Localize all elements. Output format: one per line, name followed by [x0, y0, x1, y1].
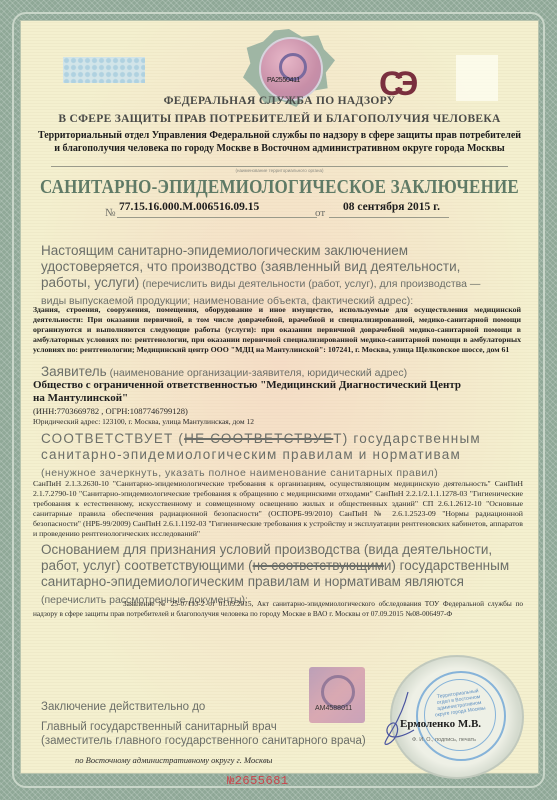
applicant-label-hint: (наименование организации-заявителя, юри… [107, 367, 407, 379]
agency-title-line2: В СФЕРЕ ЗАЩИТЫ ПРАВ ПОТРЕБИТЕЛЕЙ И БЛАГО… [21, 113, 538, 125]
document-title: САНИТАРНО-ЭПИДЕМИОЛОГИЧЕСКОЕ ЗАКЛЮЧЕНИЕ [21, 175, 538, 199]
number-label: № [105, 207, 116, 219]
agency-title-line1: ФЕДЕРАЛЬНАЯ СЛУЖБА ПО НАДЗОРУ [21, 95, 538, 107]
applicant-ids: (ИНН:7703669782 , ОГРН:1087746799128) [33, 406, 188, 416]
territorial-body-caption: (наименование территориального органа) [21, 168, 538, 173]
chief-doctor-deputy: (заместитель главного государственного с… [41, 735, 366, 747]
form-serial-number: №2655681 [227, 774, 289, 788]
complies-text: СООТВЕТСТВУЕТ ( [41, 431, 184, 446]
hologram-emblem-icon: PA2550411 [259, 37, 323, 101]
applicant-label-main: Заявитель [41, 364, 107, 379]
number-underline [117, 217, 317, 218]
valid-until-label: Заключение действительно до [41, 701, 205, 713]
applicant-legal-address: Юридический адрес: 123100, г. Москва, ул… [33, 417, 254, 427]
signature-caption: Ф. И. О., подпись, печать [412, 737, 476, 743]
basis-struck: не соответствующим [253, 558, 384, 573]
signer-name: Ермоленко М.В. [400, 718, 481, 730]
activity-description: Здания, строения, сооружения, помещения,… [33, 305, 521, 355]
compliance-statement: СООТВЕТСТВУЕТ (НЕ СООТВЕТСТВУЕТ) государ… [41, 431, 513, 481]
applicant-name: Общество с ограниченной ответственностью… [33, 379, 473, 405]
document-date: 08 сентября 2015 г. [343, 201, 440, 213]
hologram-bottom-serial: AM4588011 [315, 705, 352, 712]
district-line: по Восточному административному округу г… [75, 755, 272, 765]
territorial-body-line1: Территориальный отдел Управления Федерал… [31, 129, 528, 142]
basis-documents: Заявление № 25-07113-2 от 01.09.2015, Ак… [33, 599, 523, 619]
date-label: от [315, 207, 325, 219]
hologram-bottom: AM4588011 [309, 667, 365, 723]
certifies-intro: Настоящим санитарно-эпидемиологическим з… [41, 243, 506, 309]
security-pattern [63, 57, 145, 83]
compliance-hint: (ненужное зачеркнуть, указать полное наи… [41, 467, 438, 479]
divider [51, 166, 508, 167]
chief-doctor-title: Главный государственный санитарный врач [41, 721, 277, 733]
hologram-emblem-icon [321, 675, 355, 709]
territorial-body-line2: и благополучия человека по городу Москве… [31, 142, 528, 155]
date-underline [329, 217, 449, 218]
hologram-serial: PA2550411 [267, 77, 300, 84]
sanitary-rules-list: СанПиН 2.1.3.2630-10 "Санитарно-эпидемио… [33, 479, 523, 539]
not-complies-struck: НЕ СООТВЕТСТВУЕ [184, 431, 333, 446]
document-number: 77.15.16.000.М.006516.09.15 [119, 201, 259, 213]
